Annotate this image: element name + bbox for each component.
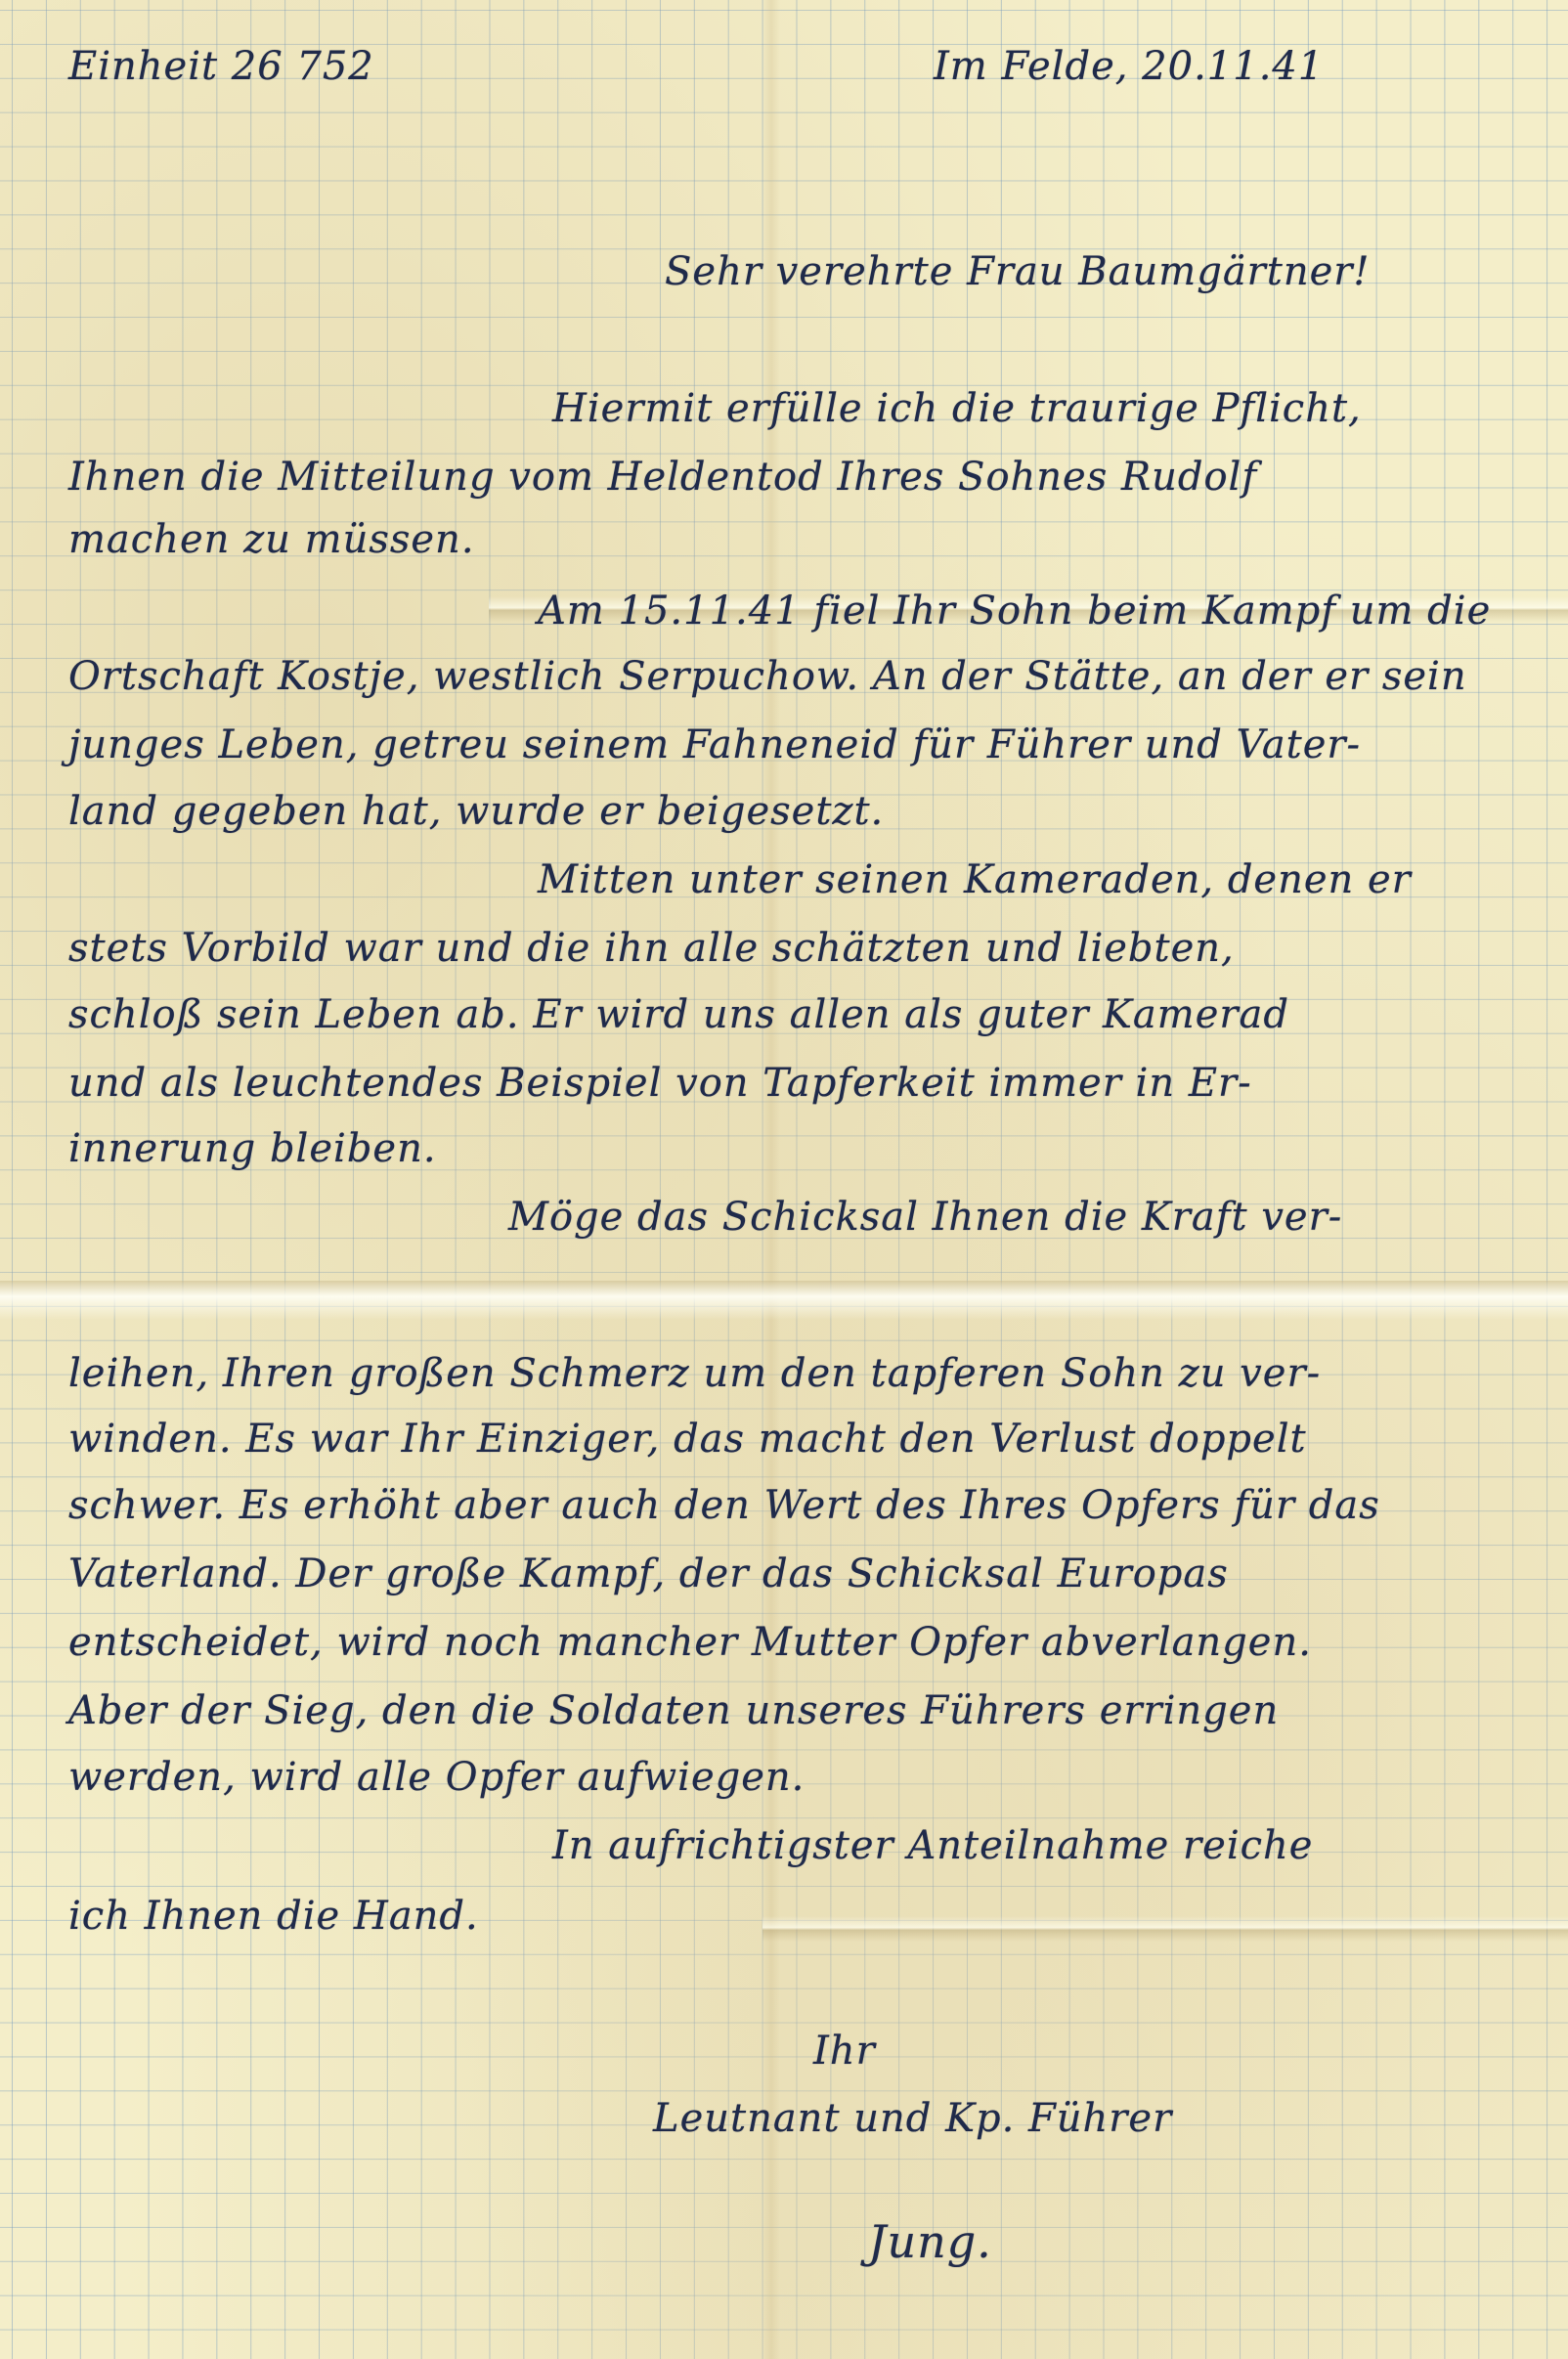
letter-line: und als leuchtendes Beispiel von Tapferk… [68, 1064, 1252, 1103]
letter-line: werden, wird alle Opfer aufwiegen. [68, 1758, 805, 1797]
letter-line: leihen, Ihren großen Schmerz um den tapf… [68, 1354, 1321, 1393]
unit-number: Einheit 26 752 [68, 47, 374, 86]
letter-line: Vaterland. Der große Kampf, der das Schi… [68, 1554, 1229, 1594]
place-date: Im Felde, 20.11.41 [934, 47, 1324, 86]
letter-line: ich Ihnen die Hand. [68, 1897, 479, 1936]
closing-word: Ihr [813, 2031, 876, 2071]
letter-line: junges Leben, getreu seinem Fahneneid fü… [68, 725, 1361, 764]
letter-line: Mitten unter seinen Kameraden, denen er [538, 860, 1412, 899]
letter-line: In aufrichtigster Anteilnahme reiche [552, 1826, 1313, 1865]
fold-crease-middle [0, 1281, 1568, 1320]
letter-line: schloß sein Leben ab. Er wird uns allen … [68, 995, 1289, 1034]
letter-line: schwer. Es erhöht aber auch den Wert des… [68, 1486, 1380, 1525]
vertical-fold-crease [762, 0, 780, 2359]
letter-line: land gegeben hat, wurde er beigesetzt. [68, 792, 884, 831]
letter-line: Ihnen die Mitteilung vom Heldentod Ihres… [68, 458, 1257, 497]
letter-line: winden. Es war Ihr Einziger, das macht d… [68, 1420, 1307, 1459]
signer-rank: Leutnant und Kp. Führer [653, 2099, 1172, 2138]
letter-line: innerung bleiben. [68, 1129, 437, 1168]
letter-line: Am 15.11.41 fiel Ihr Sohn beim Kampf um … [538, 591, 1491, 631]
letter-sheet: Einheit 26 752 Im Felde, 20.11.41 Sehr v… [0, 0, 1568, 2359]
letter-line: entscheidet, wird noch mancher Mutter Op… [68, 1623, 1312, 1662]
letter-line: machen zu müssen. [68, 520, 475, 559]
letter-line: stets Vorbild war und die ihn alle schät… [68, 929, 1235, 968]
letter-line: Ortschaft Kostje, westlich Serpuchow. An… [68, 657, 1467, 696]
letter-line: Aber der Sieg, den die Soldaten unseres … [68, 1691, 1279, 1730]
salutation: Sehr verehrte Frau Baumgärtner! [665, 252, 1371, 291]
letter-line: Hiermit erfülle ich die traurige Pflicht… [552, 389, 1362, 428]
fold-crease-lower [762, 1916, 1568, 1942]
letter-line: Möge das Schicksal Ihnen die Kraft ver- [508, 1198, 1342, 1237]
signature: Jung. [868, 2219, 992, 2264]
